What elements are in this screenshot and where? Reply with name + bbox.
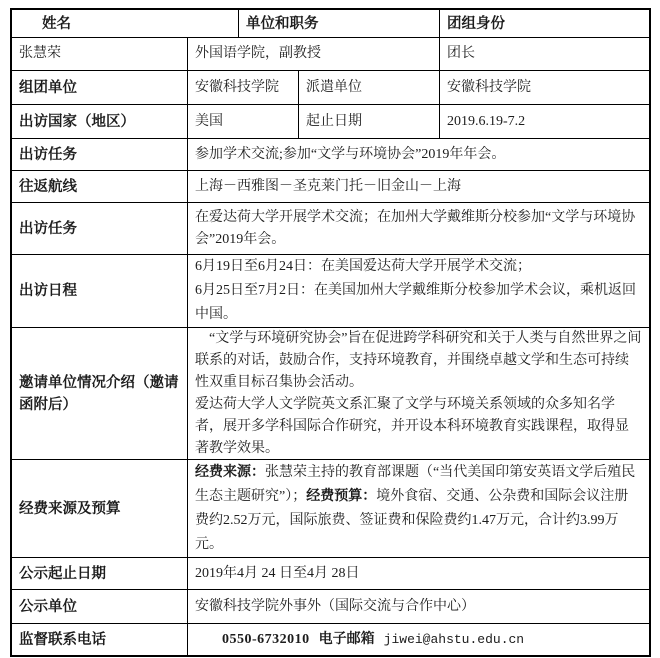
org-label: 组团单位 <box>19 77 77 99</box>
task1-value: 参加学术交流;参加“文学与环境协会”2019年年会。 <box>195 144 505 166</box>
supervision-label: 监督联系电话 <box>19 629 106 651</box>
header-role-cell: 团组身份 <box>440 10 649 37</box>
person-name: 张慧荣 <box>19 43 61 65</box>
country-label: 出访国家（地区） <box>19 111 135 133</box>
country-row: 出访国家（地区） 美国 起止日期 2019.6.19-7.2 <box>12 105 649 139</box>
supervision-email: jiwei@ahstu.edu.cn <box>384 629 524 651</box>
task2-label-cell: 出访任务 <box>12 203 188 254</box>
task2-label: 出访任务 <box>19 218 77 240</box>
task1-label-cell: 出访任务 <box>12 139 188 170</box>
org-label-cell: 组团单位 <box>12 71 188 104</box>
route-label-cell: 往返航线 <box>12 171 188 202</box>
person-role-cell: 团长 <box>440 38 649 70</box>
schedule-label-cell: 出访日程 <box>12 255 188 327</box>
dates-value-cell: 2019.6.19-7.2 <box>440 105 649 138</box>
publicity-dates-row: 公示起止日期 2019年4月 24 日至4月 28日 <box>12 558 649 590</box>
task2-value-cell: 在爱达荷大学开展学术交流；在加州大学戴维斯分校参加“文学与环境协会”2019年会… <box>188 203 649 254</box>
supervision-value-cell: 0550-6732010 电子邮箱 jiwei@ahstu.edu.cn <box>188 624 649 655</box>
header-row: 姓名 单位和职务 团组身份 <box>12 10 649 38</box>
supervision-label-cell: 监督联系电话 <box>12 624 188 655</box>
publicity-unit-value: 安徽科技学院外事外（国际交流与合作中心） <box>195 596 475 618</box>
supervision-row: 监督联系电话 0550-6732010 电子邮箱 jiwei@ahstu.edu… <box>12 624 649 655</box>
publicity-dates-value-cell: 2019年4月 24 日至4月 28日 <box>188 558 649 589</box>
task2-value: 在爱达荷大学开展学术交流；在加州大学戴维斯分校参加“文学与环境协会”2019年会… <box>195 207 642 251</box>
inviter-label: 邀请单位情况介绍（邀请函附后） <box>19 372 180 416</box>
funding-row: 经费来源及预算 经费来源：张慧荣主持的教育部课题（“当代美国印第安英语文学后殖民… <box>12 460 649 558</box>
dispatch-label: 派遣单位 <box>306 77 362 99</box>
task2-row: 出访任务 在爱达荷大学开展学术交流；在加州大学戴维斯分校参加“文学与环境协会”2… <box>12 203 649 255</box>
dates-value: 2019.6.19-7.2 <box>447 111 525 133</box>
schedule-row: 出访日程 6月19日至6月24日：在美国爱达荷大学开展学术交流； 6月25日至7… <box>12 255 649 328</box>
funding-source-label: 经费来源： <box>195 465 265 480</box>
person-unit-title-cell: 外国语学院，副教授 <box>188 38 440 70</box>
dispatch-value-cell: 安徽科技学院 <box>440 71 649 104</box>
header-name-label: 姓名 <box>42 13 71 35</box>
supervision-email-label: 电子邮箱 <box>319 629 375 651</box>
header-unit-title-cell: 单位和职务 <box>239 10 440 37</box>
dispatch-label-cell: 派遣单位 <box>299 71 440 104</box>
inviter-label-cell: 邀请单位情况介绍（邀请函附后） <box>12 328 188 459</box>
header-name-cell: 姓名 <box>12 10 239 37</box>
org-value-cell: 安徽科技学院 <box>188 71 299 104</box>
org-value: 安徽科技学院 <box>195 77 279 99</box>
task1-row: 出访任务 参加学术交流;参加“文学与环境协会”2019年年会。 <box>12 139 649 171</box>
publicity-dates-value: 2019年4月 24 日至4月 28日 <box>195 563 360 585</box>
route-value-cell: 上海－西雅图－圣克莱门托－旧金山－上海 <box>188 171 649 202</box>
country-value: 美国 <box>195 111 223 133</box>
publicity-unit-label: 公示单位 <box>19 596 77 618</box>
document-page: 姓名 单位和职务 团组身份 张慧荣 外国语学院，副教授 团长 组团单位 <box>0 0 660 658</box>
person-name-cell: 张慧荣 <box>12 38 188 70</box>
dates-label-cell: 起止日期 <box>299 105 440 138</box>
schedule-value-cell: 6月19日至6月24日：在美国爱达荷大学开展学术交流； 6月25日至7月2日：在… <box>188 255 649 327</box>
publicity-unit-row: 公示单位 安徽科技学院外事外（国际交流与合作中心） <box>12 590 649 624</box>
inviter-paragraph-1: “文学与环境研究协会”旨在促进跨学科研究和关于人类与自然世界之间联系的对话，鼓励… <box>195 328 642 394</box>
route-label: 往返航线 <box>19 176 77 198</box>
inviter-value-cell: “文学与环境研究协会”旨在促进跨学科研究和关于人类与自然世界之间联系的对话，鼓励… <box>188 328 649 459</box>
publicity-unit-value-cell: 安徽科技学院外事外（国际交流与合作中心） <box>188 590 649 623</box>
task1-label: 出访任务 <box>19 144 77 166</box>
dates-label: 起止日期 <box>306 111 362 133</box>
country-value-cell: 美国 <box>188 105 299 138</box>
schedule-label: 出访日程 <box>19 280 77 302</box>
route-value: 上海－西雅图－圣克莱门托－旧金山－上海 <box>195 176 461 198</box>
supervision-phone: 0550-6732010 <box>222 629 310 651</box>
header-role-label: 团组身份 <box>447 13 505 35</box>
dispatch-value: 安徽科技学院 <box>447 77 531 99</box>
person-unit-title: 外国语学院，副教授 <box>195 43 321 65</box>
inviter-paragraph-2: 爱达荷大学人文学院英文系汇聚了文学与环境关系领域的众多知名学者，展开多学科国际合… <box>195 394 642 460</box>
task1-value-cell: 参加学术交流;参加“文学与环境协会”2019年年会。 <box>188 139 649 170</box>
trip-publicity-table: 姓名 单位和职务 团组身份 张慧荣 外国语学院，副教授 团长 组团单位 <box>10 8 651 657</box>
schedule-line-1: 6月19日至6月24日：在美国爱达荷大学开展学术交流； <box>195 255 642 279</box>
inviter-row: 邀请单位情况介绍（邀请函附后） “文学与环境研究协会”旨在促进跨学科研究和关于人… <box>12 328 649 460</box>
publicity-dates-label: 公示起止日期 <box>19 563 106 585</box>
header-unit-title-label: 单位和职务 <box>246 13 319 35</box>
person-row: 张慧荣 外国语学院，副教授 团长 <box>12 38 649 71</box>
person-role: 团长 <box>447 43 475 65</box>
schedule-line-2: 6月25日至7月2日：在美国加州大学戴维斯分校参加学术会议，乘机返回中国。 <box>195 279 642 327</box>
route-row: 往返航线 上海－西雅图－圣克莱门托－旧金山－上海 <box>12 171 649 203</box>
funding-value-cell: 经费来源：张慧荣主持的教育部课题（“当代美国印第安英语文学后殖民生态主题研究”）… <box>188 460 649 557</box>
funding-label-cell: 经费来源及预算 <box>12 460 188 557</box>
publicity-unit-label-cell: 公示单位 <box>12 590 188 623</box>
funding-label: 经费来源及预算 <box>19 498 121 520</box>
org-row: 组团单位 安徽科技学院 派遣单位 安徽科技学院 <box>12 71 649 105</box>
country-label-cell: 出访国家（地区） <box>12 105 188 138</box>
publicity-dates-label-cell: 公示起止日期 <box>12 558 188 589</box>
funding-budget-label: 经费预算： <box>306 489 376 504</box>
